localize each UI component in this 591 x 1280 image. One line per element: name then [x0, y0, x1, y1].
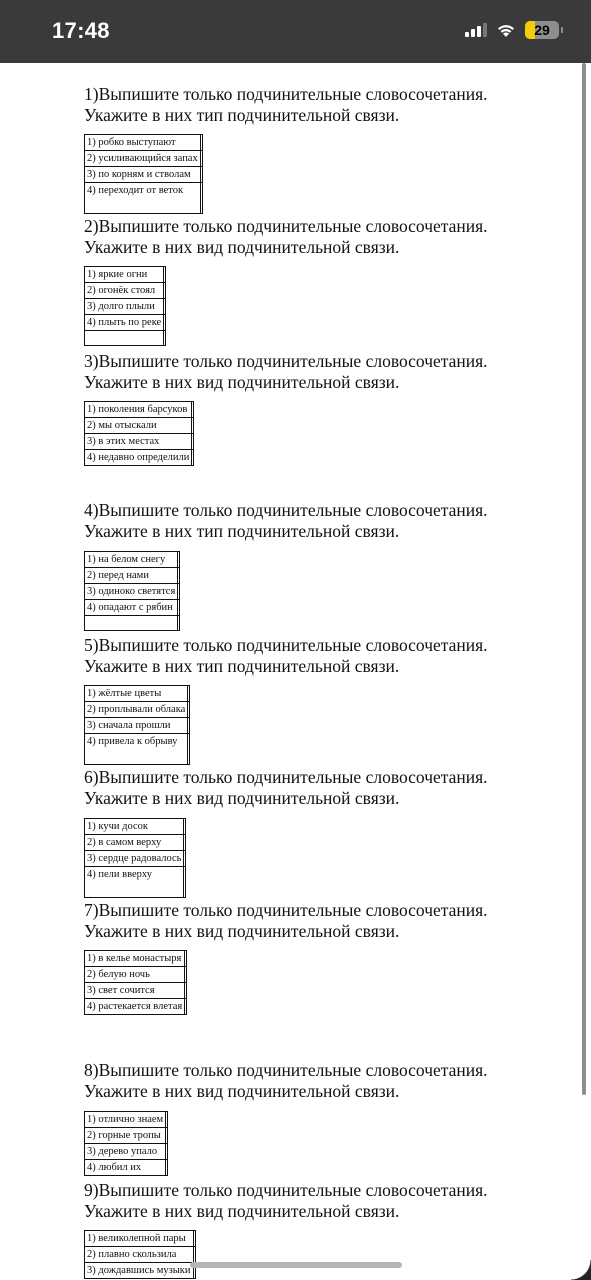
answer-cell [192, 450, 194, 466]
option-row: 1) отлично знаем [85, 1112, 168, 1128]
options-table: 1) яркие огни2) огонёк стоял3) долго плы… [84, 266, 166, 346]
answer-cell [166, 1112, 168, 1128]
option-row: 2) плавно скользила [85, 1247, 196, 1263]
task-3: 3)Выпишите только подчинительные словосо… [84, 351, 488, 393]
task-title: 6)Выпишите только подчинительные словосо… [84, 767, 488, 788]
answer-cell [192, 434, 194, 450]
answer-cell [164, 283, 166, 299]
option-row: 4) плыть по реке [85, 315, 166, 331]
option-text: 2) усиливающийся запах [85, 151, 201, 167]
option-text: 2) перед нами [85, 568, 178, 584]
option-row: 3) сердце радовалось [85, 851, 186, 867]
home-indicator[interactable] [190, 1262, 402, 1268]
empty-row [85, 616, 180, 631]
task-9: 9)Выпишите только подчинительные словосо… [84, 1180, 488, 1222]
answer-cell [185, 983, 187, 999]
task-title: 9)Выпишите только подчинительные словосо… [84, 1180, 488, 1201]
option-row: 3) в этих местах [85, 434, 194, 450]
option-text: 3) в этих местах [85, 434, 192, 450]
answer-cell [188, 734, 190, 765]
battery-level: 29 [534, 22, 550, 38]
empty-cell [85, 616, 178, 631]
answer-cell [184, 851, 186, 867]
option-text: 2) в самом верху [85, 835, 184, 851]
answer-cell [178, 552, 180, 568]
option-text: 4) плыть по реке [85, 315, 164, 331]
option-text: 4) растекается влетая [85, 999, 185, 1015]
option-row: 4) любил их [85, 1160, 168, 1176]
option-text: 4) недавно определили [85, 450, 192, 466]
option-row: 1) великолепной пары [85, 1231, 196, 1247]
options-table: 1) поколения барсуков2) мы отыскали3) в … [84, 401, 194, 466]
answer-cell [192, 418, 194, 434]
status-icons: 29 [465, 21, 563, 39]
answer-cell [184, 819, 186, 835]
option-text: 3) дерево упало [85, 1144, 166, 1160]
answer-cell [184, 867, 186, 898]
task-7: 7)Выпишите только подчинительные словосо… [84, 900, 488, 942]
option-row: 1) яркие огни [85, 267, 166, 283]
answer-cell [178, 584, 180, 600]
task-title: Укажите в них вид подчинительной связи. [84, 1081, 488, 1102]
option-text: 2) мы отыскали [85, 418, 192, 434]
options-table: 1) великолепной пары2) плавно скользила3… [84, 1230, 196, 1279]
option-row: 1) кучи досок [85, 819, 186, 835]
option-row: 3) одиноко светятся [85, 584, 180, 600]
task-title: Укажите в них тип подчинительной связи. [84, 105, 488, 126]
empty-row [85, 331, 166, 346]
option-text: 1) на белом снегу [85, 552, 178, 568]
task-1: 1)Выпишите только подчинительные словосо… [84, 84, 488, 126]
option-row: 1) поколения барсуков [85, 402, 194, 418]
empty-cell [85, 331, 164, 346]
task-title: Укажите в них вид подчинительной связи. [84, 372, 488, 393]
option-text: 1) поколения барсуков [85, 402, 192, 418]
option-text: 4) любил их [85, 1160, 166, 1176]
option-text: 2) огонёк стоял [85, 283, 164, 299]
answer-cell [193, 1231, 195, 1247]
option-row: 1) жёлтые цветы [85, 686, 190, 702]
option-row: 4) переходит от веток [85, 183, 203, 214]
answer-cell [192, 402, 194, 418]
task-2: 2)Выпишите только подчинительные словосо… [84, 216, 488, 258]
option-text: 3) дождавшись музыки [85, 1263, 194, 1279]
battery-icon: 29 [525, 21, 559, 39]
option-text: 3) свет сочится [85, 983, 185, 999]
answer-cell [193, 1247, 195, 1263]
scrollbar[interactable] [582, 63, 586, 1095]
option-text: 4) привела к обрыву [85, 734, 188, 765]
answer-cell [184, 835, 186, 851]
answer-cell [164, 299, 166, 315]
option-row: 2) перед нами [85, 568, 180, 584]
task-title: Укажите в них тип подчинительной связи. [84, 521, 488, 542]
answer-cell [178, 568, 180, 584]
status-bar: 17:48 29 [0, 0, 591, 63]
answer-cell [166, 1144, 168, 1160]
option-row: 4) пели вверху [85, 867, 186, 898]
answer-cell [200, 151, 202, 167]
option-row: 4) растекается влетая [85, 999, 187, 1015]
option-text: 3) одиноко светятся [85, 584, 178, 600]
task-title: 7)Выпишите только подчинительные словосо… [84, 900, 488, 921]
option-row: 3) свет сочится [85, 983, 187, 999]
option-text: 4) опадают с рябин [85, 600, 178, 616]
option-row: 4) опадают с рябин [85, 600, 180, 616]
option-text: 3) по корням и стволам [85, 167, 201, 183]
task-title: Укажите в них тип подчинительной связи. [84, 656, 488, 677]
option-row: 3) по корням и стволам [85, 167, 203, 183]
task-title: Укажите в них вид подчинительной связи. [84, 237, 488, 258]
options-table: 1) кучи досок2) в самом верху3) сердце р… [84, 818, 186, 898]
option-text: 2) белую ночь [85, 967, 185, 983]
option-row: 3) дерево упало [85, 1144, 168, 1160]
answer-cell [185, 999, 187, 1015]
task-title: 3)Выпишите только подчинительные словосо… [84, 351, 488, 372]
option-row: 2) горные тропы [85, 1128, 168, 1144]
task-title: Укажите в них вид подчинительной связи. [84, 788, 488, 809]
option-text: 4) переходит от веток [85, 183, 201, 214]
answer-cell [164, 331, 166, 346]
option-text: 2) проплывали облака [85, 702, 188, 718]
option-text: 2) плавно скользила [85, 1247, 194, 1263]
option-text: 1) яркие огни [85, 267, 164, 283]
option-row: 2) огонёк стоял [85, 283, 166, 299]
task-title: 4)Выпишите только подчинительные словосо… [84, 500, 488, 521]
signal-icon [465, 23, 487, 37]
option-text: 3) сначала прошли [85, 718, 188, 734]
wifi-icon [496, 23, 516, 38]
answer-cell [185, 967, 187, 983]
task-title: 1)Выпишите только подчинительные словосо… [84, 84, 488, 105]
option-text: 1) жёлтые цветы [85, 686, 188, 702]
option-row: 1) в келье монастыря [85, 951, 187, 967]
option-row: 2) проплывали облака [85, 702, 190, 718]
option-row: 3) сначала прошли [85, 718, 190, 734]
task-title: Укажите в них вид подчинительной связи. [84, 1201, 488, 1222]
answer-cell [200, 183, 202, 214]
task-title: 2)Выпишите только подчинительные словосо… [84, 216, 488, 237]
options-table: 1) робко выступают2) усиливающийся запах… [84, 134, 203, 214]
answer-cell [178, 600, 180, 616]
option-row: 2) в самом верху [85, 835, 186, 851]
answer-cell [166, 1160, 168, 1176]
options-table: 1) на белом снегу2) перед нами3) одиноко… [84, 551, 180, 631]
answer-cell [164, 267, 166, 283]
option-row: 4) привела к обрыву [85, 734, 190, 765]
answer-cell [200, 135, 202, 151]
answer-cell [200, 167, 202, 183]
option-row: 3) долго плыли [85, 299, 166, 315]
option-row: 2) мы отыскали [85, 418, 194, 434]
battery-tip [561, 27, 563, 33]
option-text: 3) долго плыли [85, 299, 164, 315]
answer-cell [166, 1128, 168, 1144]
option-text: 1) в келье монастыря [85, 951, 185, 967]
task-4: 4)Выпишите только подчинительные словосо… [84, 500, 488, 542]
screen-corner [571, 1260, 591, 1280]
status-time: 17:48 [52, 18, 110, 44]
options-table: 1) в келье монастыря2) белую ночь3) свет… [84, 950, 187, 1015]
option-text: 1) отлично знаем [85, 1112, 166, 1128]
option-row: 1) робко выступают [85, 135, 203, 151]
option-row: 2) белую ночь [85, 967, 187, 983]
option-text: 1) робко выступают [85, 135, 201, 151]
task-title: Укажите в них вид подчинительной связи. [84, 921, 488, 942]
option-text: 4) пели вверху [85, 867, 184, 898]
option-row: 1) на белом снегу [85, 552, 180, 568]
option-text: 3) сердце радовалось [85, 851, 184, 867]
answer-cell [188, 686, 190, 702]
answer-cell [164, 315, 166, 331]
task-8: 8)Выпишите только подчинительные словосо… [84, 1060, 488, 1102]
option-text: 1) великолепной пары [85, 1231, 194, 1247]
task-6: 6)Выпишите только подчинительные словосо… [84, 767, 488, 809]
answer-cell [185, 951, 187, 967]
answer-cell [178, 616, 180, 631]
task-title: 5)Выпишите только подчинительные словосо… [84, 635, 488, 656]
option-row: 3) дождавшись музыки [85, 1263, 196, 1279]
options-table: 1) отлично знаем2) горные тропы3) дерево… [84, 1111, 168, 1176]
option-text: 1) кучи досок [85, 819, 184, 835]
task-5: 5)Выпишите только подчинительные словосо… [84, 635, 488, 677]
options-table: 1) жёлтые цветы2) проплывали облака3) сн… [84, 685, 190, 765]
option-row: 2) усиливающийся запах [85, 151, 203, 167]
option-text: 2) горные тропы [85, 1128, 166, 1144]
answer-cell [188, 718, 190, 734]
task-title: 8)Выпишите только подчинительные словосо… [84, 1060, 488, 1081]
answer-cell [188, 702, 190, 718]
option-row: 4) недавно определили [85, 450, 194, 466]
